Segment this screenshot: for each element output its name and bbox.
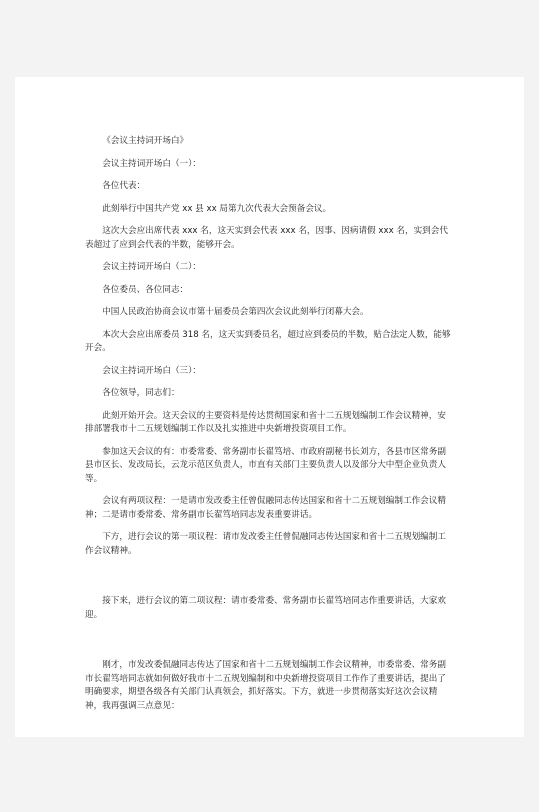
paragraph: 此刻举行中国共产党 xx 县 xx 局第九次代表大会预备会议。 (85, 203, 451, 217)
salutation-3: 各位领导，同志们： (85, 387, 451, 401)
paragraph: 刚才，市发改委侃融同志传达了国家和省十二五规划编制工作会议精神，市委常委、常务副… (85, 659, 451, 713)
document-page: 《会议主持词开场白》 会议主持词开场白（一）： 各位代表： 此刻举行中国共产党 … (15, 77, 524, 737)
paragraph: 参加这天会议的有：市委常委、常务副市长翟笃培、市政府副秘书长刘方，各县市区常务副… (85, 446, 451, 487)
paragraph: 这次大会应出席代表 xxx 名，这天实到会代表 xxx 名，因事、因病请假 xx… (85, 225, 451, 252)
paragraph: 接下来，进行会议的第二项议程：请市委常委、常务副市长翟笃培同志作重要讲话，大家欢… (85, 595, 451, 622)
section-heading-2: 会议主持词开场白（二）： (85, 261, 451, 275)
paragraph: 中国人民政治协商会议市第十届委员会第四次会议此刻举行闭幕大会。 (85, 306, 451, 320)
document-title: 《会议主持词开场白》 (85, 135, 451, 149)
paragraph: 下方，进行会议的第一项议程：请市发改委主任曾侃融同志传达国家和省十二五规划编制工… (85, 531, 451, 558)
paragraph: 此刻开始开会。这天会议的主要资料是传达贯彻国家和省十二五规划编制工作会议精神，安… (85, 410, 451, 437)
section-heading-1: 会议主持词开场白（一）： (85, 158, 451, 172)
paragraph: 本次大会应出席委员 318 名，这天实到委员名，超过应到委员的半数，贴合法定人数… (85, 329, 451, 356)
document-content: 《会议主持词开场白》 会议主持词开场白（一）： 各位代表： 此刻举行中国共产党 … (85, 135, 451, 713)
section-heading-3: 会议主持词开场白（三）： (85, 365, 451, 379)
salutation-2: 各位委员、各位同志： (85, 284, 451, 298)
paragraph: 会议有两项议程：一是请市发改委主任曾侃融同志传达国家和省十二五规划编制工作会议精… (85, 495, 451, 522)
salutation-1: 各位代表： (85, 180, 451, 194)
